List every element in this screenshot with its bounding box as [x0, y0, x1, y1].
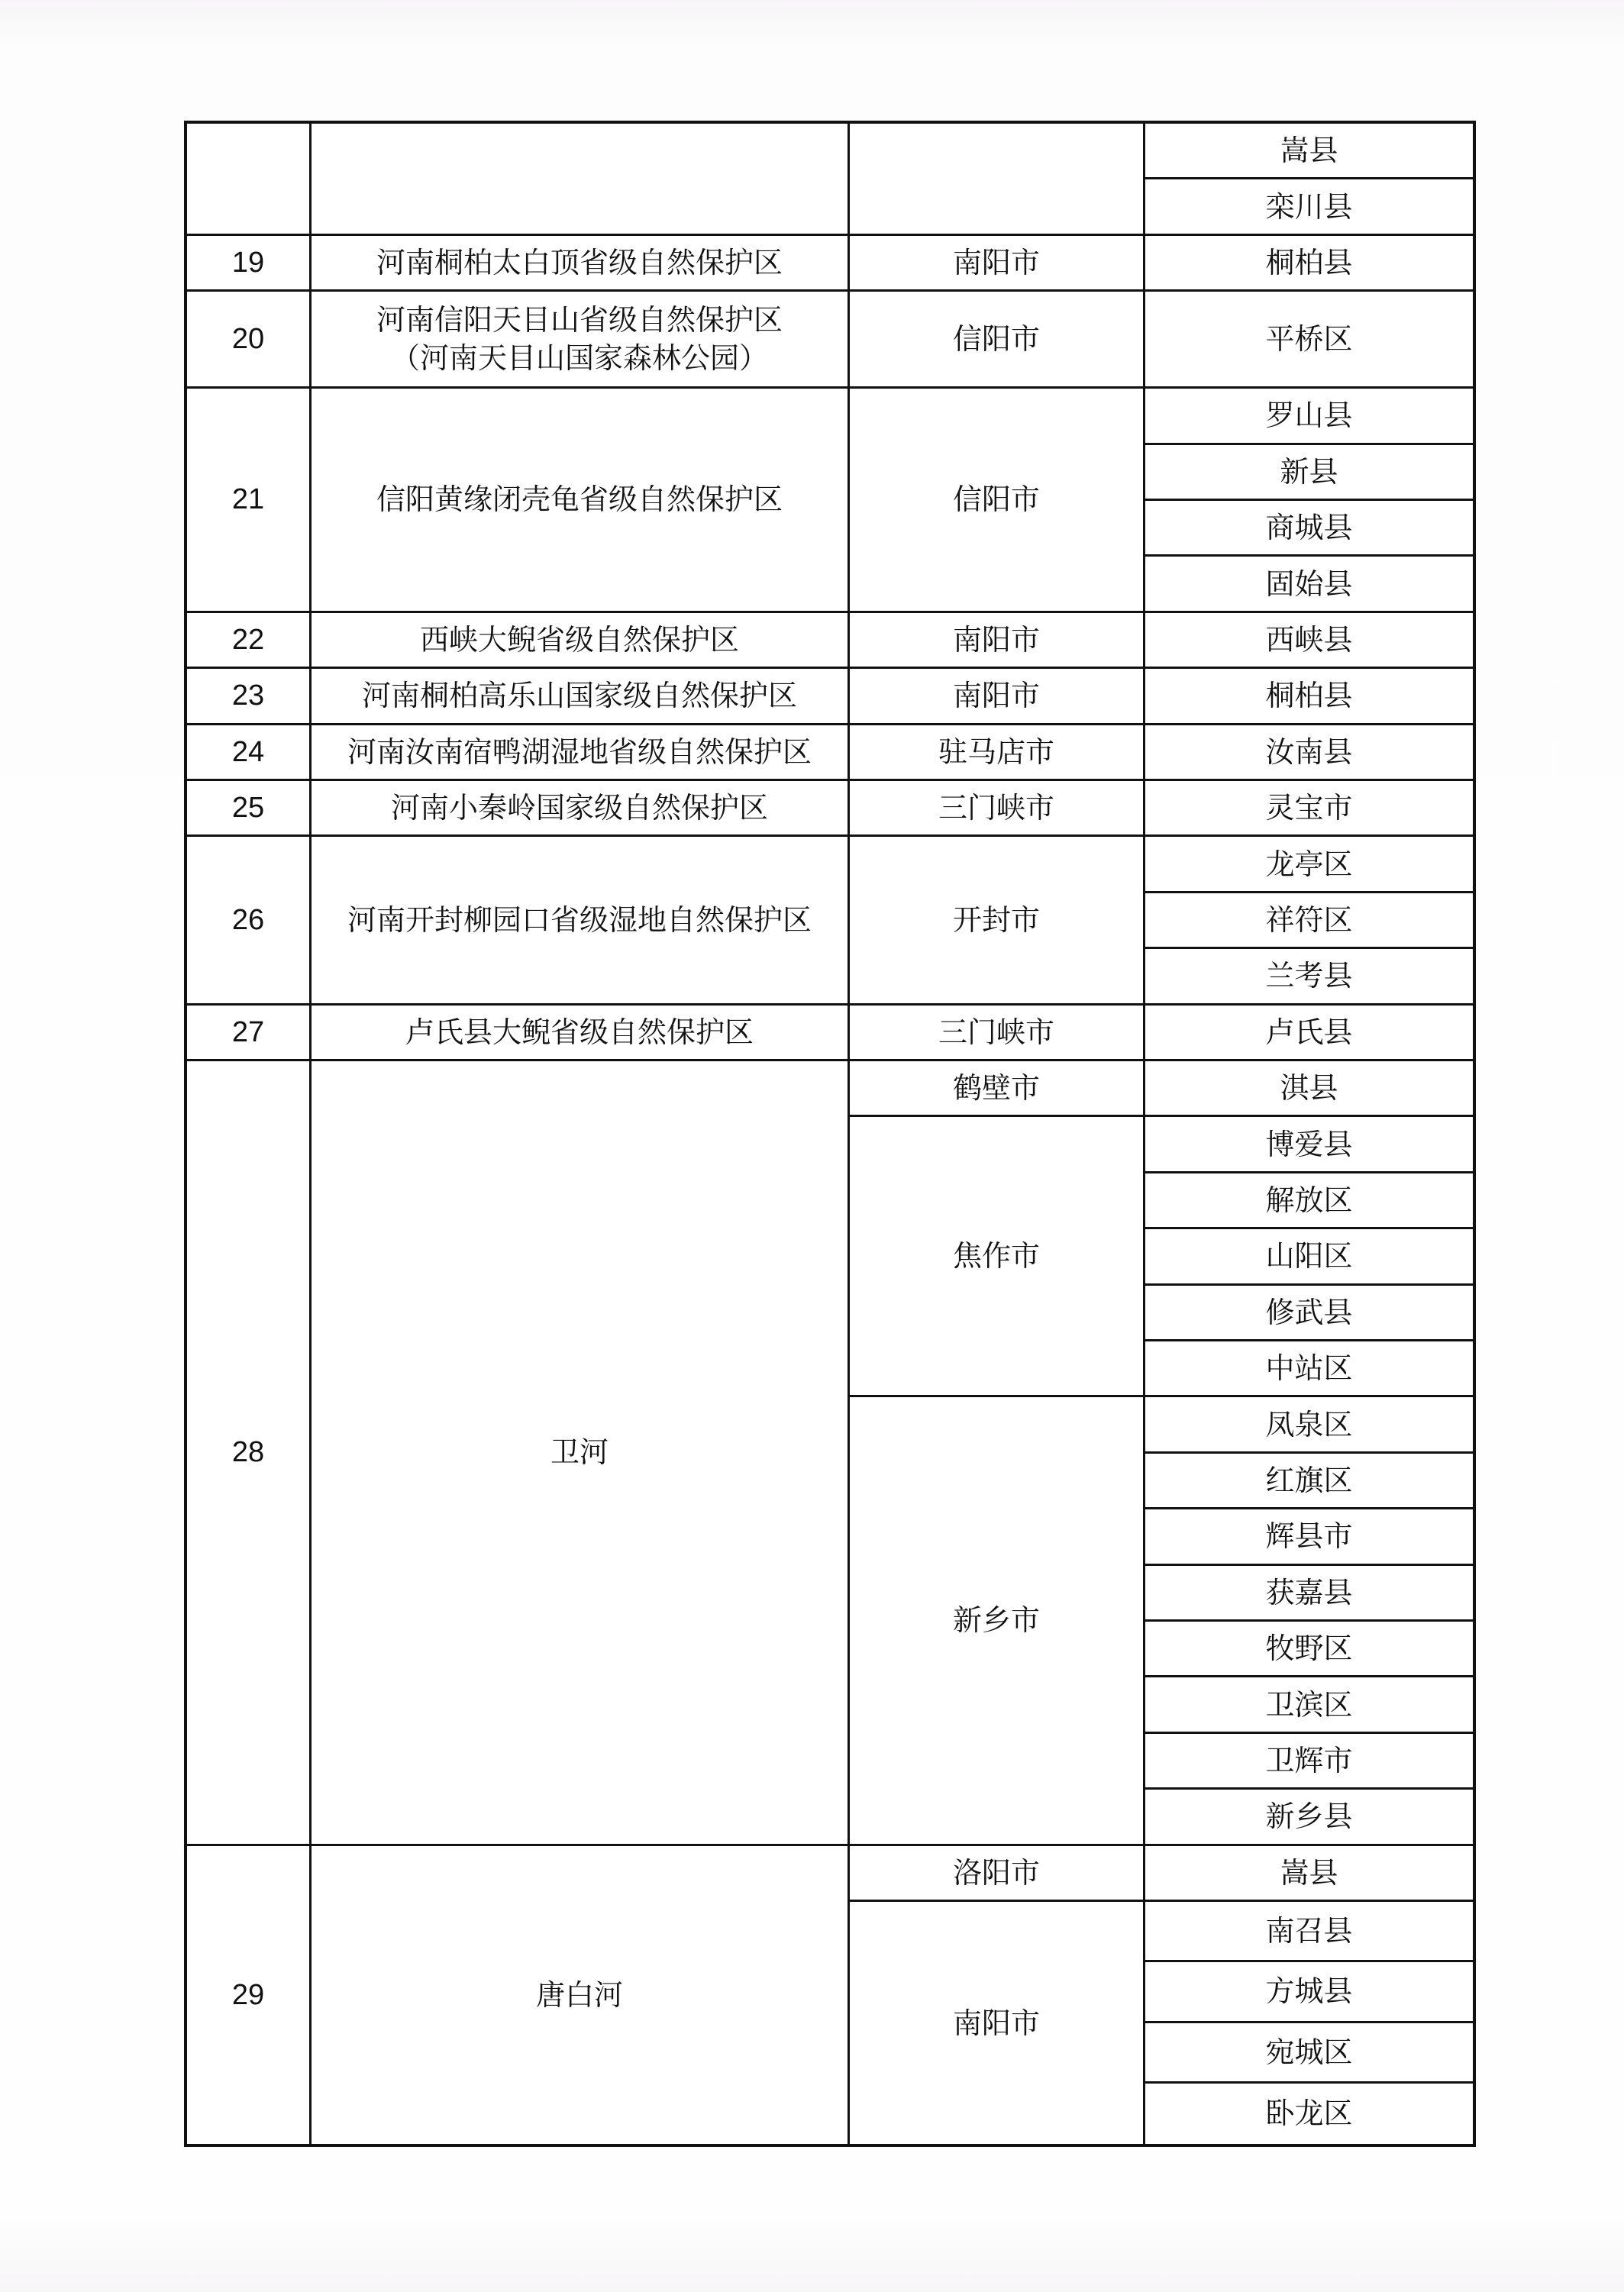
- county-cell: 淇县: [1145, 1061, 1473, 1117]
- county-cell: 卫辉市: [1145, 1734, 1473, 1790]
- row-number: 28: [187, 1061, 312, 1846]
- county-cell: 兰考县: [1145, 949, 1473, 1005]
- city-cell: 南阳市: [850, 613, 1145, 669]
- area-name-line2: （河南天目山国家森林公园）: [391, 339, 768, 377]
- county-cell: 桐柏县: [1145, 669, 1473, 725]
- area-name: 河南桐柏太白顶省级自然保护区: [312, 236, 850, 292]
- county-cell: 卢氏县: [1145, 1006, 1473, 1061]
- county-cell: 固始县: [1145, 557, 1473, 612]
- city-cell: 南阳市: [850, 1902, 1145, 2144]
- county-cell: 平桥区: [1145, 292, 1473, 389]
- county-cell: 卧龙区: [1145, 2084, 1473, 2144]
- county-cell: 桐柏县: [1145, 236, 1473, 292]
- county-cell: 辉县市: [1145, 1509, 1473, 1565]
- area-name-line1: 河南信阳天目山省级自然保护区: [376, 301, 783, 339]
- city-cell: 开封市: [850, 837, 1145, 1005]
- row-number: 27: [187, 1006, 312, 1061]
- county-cell: 汝南县: [1145, 725, 1473, 781]
- city-cell: 鹤壁市: [850, 1061, 1145, 1117]
- county-cell: 宛城区: [1145, 2023, 1473, 2084]
- city-cell: 焦作市: [850, 1117, 1145, 1397]
- area-name: 西峡大鲵省级自然保护区: [312, 613, 850, 669]
- county-cell: 灵宝市: [1145, 781, 1473, 837]
- row-number: 22: [187, 613, 312, 669]
- county-cell: 西峡县: [1145, 613, 1473, 669]
- county-cell: 红旗区: [1145, 1454, 1473, 1509]
- county-cell: 南召县: [1145, 1902, 1473, 1962]
- county-cell: 牧野区: [1145, 1622, 1473, 1677]
- county-cell: 嵩县: [1145, 124, 1473, 179]
- area-name: 信阳黄缘闭壳龟省级自然保护区: [312, 389, 850, 613]
- row-number: 19: [187, 236, 312, 292]
- city-cell: 南阳市: [850, 669, 1145, 725]
- city-cell: 洛阳市: [850, 1846, 1145, 1902]
- county-cell: 栾川县: [1145, 179, 1473, 235]
- county-cell: 新乡县: [1145, 1790, 1473, 1845]
- city-cell: 驻马店市: [850, 725, 1145, 781]
- area-name: 河南小秦岭国家级自然保护区: [312, 781, 850, 837]
- row-number: 29: [187, 1846, 312, 2144]
- area-name: [312, 124, 850, 236]
- row-number: 23: [187, 669, 312, 725]
- county-cell: 卫滨区: [1145, 1677, 1473, 1733]
- county-cell: 修武县: [1145, 1286, 1473, 1341]
- row-number: 21: [187, 389, 312, 613]
- city-cell: 信阳市: [850, 389, 1145, 613]
- county-cell: 博爱县: [1145, 1117, 1473, 1173]
- row-number: 24: [187, 725, 312, 781]
- protected-areas-table: 嵩县栾川县19河南桐柏太白顶省级自然保护区南阳市桐柏县20河南信阳天目山省级自然…: [184, 121, 1476, 2147]
- county-cell: 罗山县: [1145, 389, 1473, 444]
- county-cell: 祥符区: [1145, 893, 1473, 949]
- county-cell: 龙亭区: [1145, 837, 1473, 893]
- city-cell: 三门峡市: [850, 781, 1145, 837]
- city-cell: 三门峡市: [850, 1006, 1145, 1061]
- county-cell: 嵩县: [1145, 1846, 1473, 1902]
- county-cell: 获嘉县: [1145, 1566, 1473, 1622]
- county-cell: 新县: [1145, 445, 1473, 501]
- city-cell: 新乡市: [850, 1397, 1145, 1845]
- county-cell: 商城县: [1145, 501, 1473, 557]
- city-cell: 信阳市: [850, 292, 1145, 389]
- row-number: 26: [187, 837, 312, 1005]
- area-name: 河南桐柏高乐山国家级自然保护区: [312, 669, 850, 725]
- area-name: 卫河: [312, 1061, 850, 1846]
- row-number: 20: [187, 292, 312, 389]
- county-cell: 方城县: [1145, 1962, 1473, 2022]
- area-name: 卢氏县大鲵省级自然保护区: [312, 1006, 850, 1061]
- row-number: [187, 124, 312, 236]
- city-cell: [850, 124, 1145, 236]
- area-name: 河南开封柳园口省级湿地自然保护区: [312, 837, 850, 1005]
- county-cell: 解放区: [1145, 1173, 1473, 1229]
- county-cell: 凤泉区: [1145, 1397, 1473, 1453]
- area-name: 河南信阳天目山省级自然保护区（河南天目山国家森林公园）: [312, 292, 850, 389]
- area-name: 唐白河: [312, 1846, 850, 2144]
- county-cell: 中站区: [1145, 1341, 1473, 1397]
- city-cell: 南阳市: [850, 236, 1145, 292]
- county-cell: 山阳区: [1145, 1229, 1473, 1285]
- row-number: 25: [187, 781, 312, 837]
- area-name: 河南汝南宿鸭湖湿地省级自然保护区: [312, 725, 850, 781]
